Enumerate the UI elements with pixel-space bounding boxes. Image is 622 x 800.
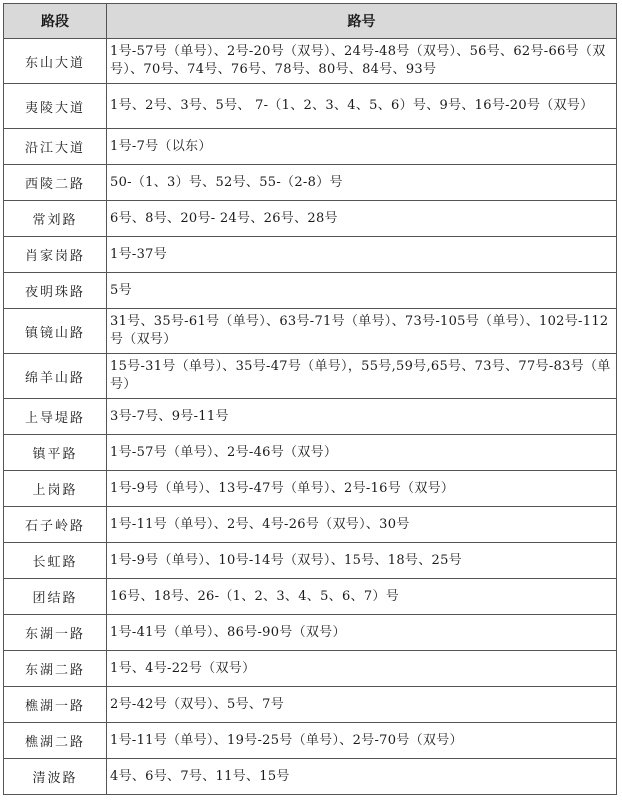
road-numbers: 1号-57号（单号）、2号-20号（双号）、24号-48号（双号）、56号、62… (107, 39, 617, 84)
header-road: 路段 (4, 4, 107, 39)
road-name: 东湖一路 (4, 615, 107, 651)
road-numbers: 2号-42号（双号）、5号、7号 (107, 687, 617, 723)
road-numbers: 50-（1、3）号、52号、55-（2-8）号 (107, 165, 617, 201)
road-numbers: 16号、18号、26-（1、2、3、4、5、6、7）号 (107, 579, 617, 615)
road-name: 肖家岗路 (4, 237, 107, 273)
road-name: 常刘路 (4, 201, 107, 237)
road-name: 镇平路 (4, 435, 107, 471)
road-name: 夷陵大道 (4, 84, 107, 129)
table-row: 清波路4号、6号、7号、11号、15号 (4, 759, 617, 795)
road-numbers: 1号-7号（以东） (107, 129, 617, 165)
table-row: 石子岭路1号-11号（单号）、2号、4号-26号（双号）、30号 (4, 507, 617, 543)
table-row: 樵湖一路2号-42号（双号）、5号、7号 (4, 687, 617, 723)
road-numbers: 1号-41号（单号）、86号-90号（双号） (107, 615, 617, 651)
road-name: 上岗路 (4, 471, 107, 507)
road-name: 西陵二路 (4, 165, 107, 201)
road-numbers: 5号 (107, 273, 617, 309)
road-name: 沿江大道 (4, 129, 107, 165)
road-name: 东山大道 (4, 39, 107, 84)
road-numbers: 3号-7号、9号-11号 (107, 399, 617, 435)
table-row: 夜明珠路5号 (4, 273, 617, 309)
road-name: 樵湖二路 (4, 723, 107, 759)
road-name: 绵羊山路 (4, 354, 107, 399)
road-numbers: 1号-9号（单号）、13号-47号（单号）、2号-16号（双号） (107, 471, 617, 507)
table-row: 沿江大道1号-7号（以东） (4, 129, 617, 165)
road-numbers: 31号、35号-61号（单号）、63号-71号（单号）、73号-105号（单号）… (107, 309, 617, 354)
road-numbers: 4号、6号、7号、11号、15号 (107, 759, 617, 795)
road-name: 樵湖一路 (4, 687, 107, 723)
road-numbers: 1号、4号-22号（双号） (107, 651, 617, 687)
road-numbers: 1号-11号（单号）、2号、4号-26号（双号）、30号 (107, 507, 617, 543)
road-name: 石子岭路 (4, 507, 107, 543)
table-row: 西陵二路50-（1、3）号、52号、55-（2-8）号 (4, 165, 617, 201)
table-row: 上导堤路3号-7号、9号-11号 (4, 399, 617, 435)
road-name: 清波路 (4, 759, 107, 795)
road-numbers: 1号-11号（单号）、19号-25号（单号）、2号-70号（双号） (107, 723, 617, 759)
road-name: 长虹路 (4, 543, 107, 579)
table-row: 夷陵大道1号、2号、3号、5号、 7-（1、2、3、4、5、6）号、9号、16号… (4, 84, 617, 129)
road-name: 夜明珠路 (4, 273, 107, 309)
road-name: 团结路 (4, 579, 107, 615)
road-numbers: 15号-31号（单号）、35号-47号（单号），55号,59号,65号、73号、… (107, 354, 617, 399)
road-numbers: 1号-37号 (107, 237, 617, 273)
table-row: 常刘路6号、8号、20号- 24号、26号、28号 (4, 201, 617, 237)
table-row: 肖家岗路1号-37号 (4, 237, 617, 273)
table-row: 镇平路1号-57号（单号）、2号-46号（双号） (4, 435, 617, 471)
table-row: 东湖一路1号-41号（单号）、86号-90号（双号） (4, 615, 617, 651)
road-number-table: 路段 路号 东山大道1号-57号（单号）、2号-20号（双号）、24号-48号（… (3, 3, 617, 795)
road-numbers: 1号、2号、3号、5号、 7-（1、2、3、4、5、6）号、9号、16号-20号… (107, 84, 617, 129)
table-row: 团结路16号、18号、26-（1、2、3、4、5、6、7）号 (4, 579, 617, 615)
table-row: 樵湖二路1号-11号（单号）、19号-25号（单号）、2号-70号（双号） (4, 723, 617, 759)
road-numbers: 1号-9号（单号）、10号-14号（双号）、15号、18号、25号 (107, 543, 617, 579)
table-row: 镇镜山路31号、35号-61号（单号）、63号-71号（单号）、73号-105号… (4, 309, 617, 354)
table-row: 绵羊山路15号-31号（单号）、35号-47号（单号），55号,59号,65号、… (4, 354, 617, 399)
table-row: 上岗路1号-9号（单号）、13号-47号（单号）、2号-16号（双号） (4, 471, 617, 507)
road-name: 东湖二路 (4, 651, 107, 687)
table-row: 东山大道1号-57号（单号）、2号-20号（双号）、24号-48号（双号）、56… (4, 39, 617, 84)
header-row: 路段 路号 (4, 4, 617, 39)
road-name: 上导堤路 (4, 399, 107, 435)
table-row: 东湖二路1号、4号-22号（双号） (4, 651, 617, 687)
table-row: 长虹路1号-9号（单号）、10号-14号（双号）、15号、18号、25号 (4, 543, 617, 579)
road-numbers: 1号-57号（单号）、2号-46号（双号） (107, 435, 617, 471)
road-numbers: 6号、8号、20号- 24号、26号、28号 (107, 201, 617, 237)
road-name: 镇镜山路 (4, 309, 107, 354)
header-numbers: 路号 (107, 4, 617, 39)
